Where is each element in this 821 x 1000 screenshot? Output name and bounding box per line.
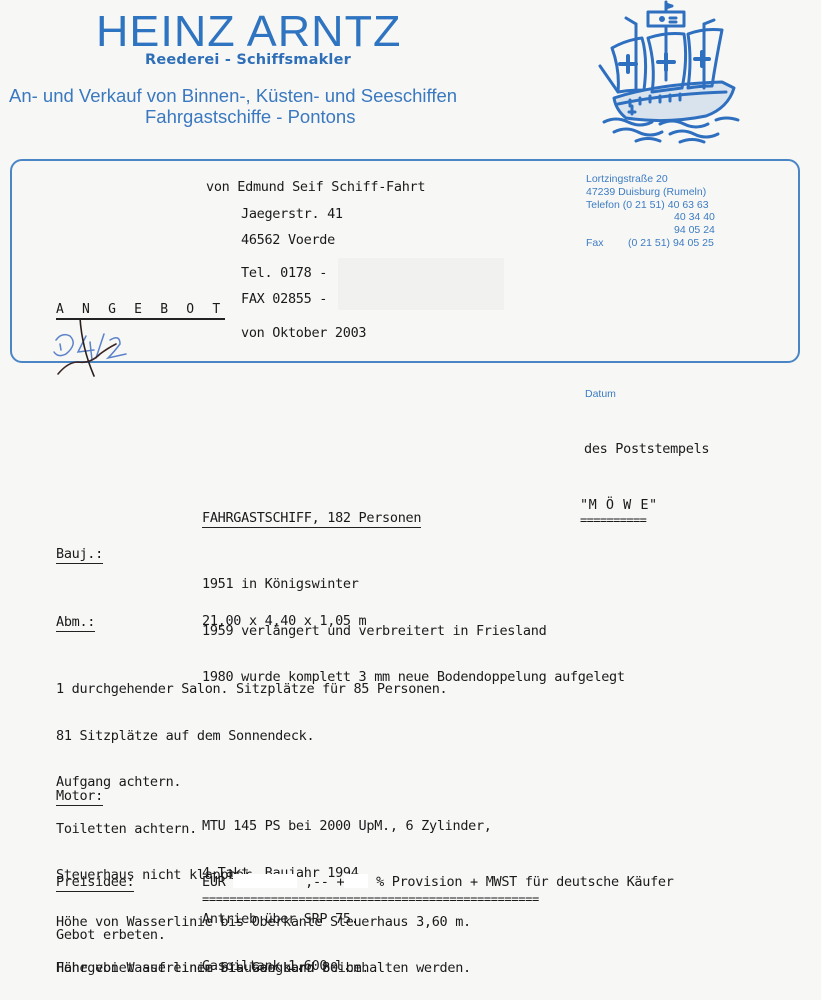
preisidee-label: Preisidee:: [56, 874, 134, 892]
redaction-area: [338, 258, 504, 310]
abm-label: Abm.:: [56, 614, 95, 632]
price-terms: % Provision + MWST für deutsche Käufer: [376, 874, 673, 890]
sailing-ship-icon: [596, 0, 758, 145]
contact-street: Lortzingstraße 20: [586, 173, 715, 186]
price-redacted: [233, 874, 297, 888]
company-tagline-2: Fahrgastschiffe - Pontons: [145, 106, 355, 128]
motor-label: Motor:: [56, 788, 103, 806]
telefon-number-2: 40 34 40: [674, 211, 715, 224]
company-subtitle: Reederei - Schiffsmakler: [145, 52, 351, 68]
fax-number: 94 05 25: [673, 237, 714, 250]
price-currency: EUR: [202, 874, 225, 890]
datum-label: Datum: [585, 388, 616, 400]
commission-redacted: [344, 874, 368, 888]
price-suffix: ,-- +: [305, 874, 344, 890]
fax-label: Fax: [586, 237, 628, 250]
telefon-label: Telefon: [586, 199, 620, 212]
telefon-number-3: 94 05 24: [674, 224, 715, 237]
contact-city: 47239 Duisburg (Rumeln): [586, 186, 715, 199]
price-line: EUR ,-- + % Provision + MWST für deutsch…: [202, 874, 674, 891]
bauj-label: Bauj.:: [56, 546, 103, 564]
motor-line: Antrieb über SRP 75.: [202, 912, 492, 928]
sender-city: 46562 Voerde: [241, 232, 335, 248]
telefon-number-1: 40 63 63: [668, 199, 709, 212]
company-contact: Lortzingstraße 20 47239 Duisburg (Rumeln…: [586, 173, 715, 250]
description-line: 1 durchgehender Salon. Sitzplätze für 85…: [56, 682, 471, 698]
motor-line: MTU 145 PS bei 2000 UpM., 6 Zylinder,: [202, 819, 492, 835]
closing-line-1: Gebot erbeten.: [56, 927, 166, 943]
description-line: 81 Sitzplätze auf dem Sonnendeck.: [56, 729, 471, 745]
datum-value: des Poststempels: [584, 441, 709, 457]
company-name: HEINZ ARNTZ: [96, 8, 401, 56]
ship-name-underline: ==========: [580, 514, 646, 526]
telefon-area: (0 21 51): [623, 199, 665, 212]
company-tagline-1: An- und Verkauf von Binnen-, Küsten- und…: [9, 85, 457, 107]
abm-value: 21,00 x 4,40 x 1,05 m: [202, 614, 366, 630]
handwritten-note: [48, 318, 148, 378]
price-underline: ========================================…: [202, 893, 539, 905]
sender-fax: FAX 02855 -: [241, 291, 327, 307]
bauj-line: 1951 in Königswinter: [202, 577, 625, 593]
closing-line-2: Fahrgebiet auf einem Stausee kann beibeh…: [56, 960, 471, 976]
ship-name: "M Ö W E": [580, 497, 658, 513]
offer-date: von Oktober 2003: [241, 325, 366, 341]
sender-name: von Edmund Seif Schiff-Fahrt: [206, 179, 425, 195]
document-title: FAHRGASTSCHIFF, 182 Personen: [202, 510, 421, 528]
sender-tel: Tel. 0178 -: [241, 265, 327, 281]
fax-area: (0 21 51): [628, 237, 670, 250]
sender-street: Jaegerstr. 41: [241, 206, 343, 222]
